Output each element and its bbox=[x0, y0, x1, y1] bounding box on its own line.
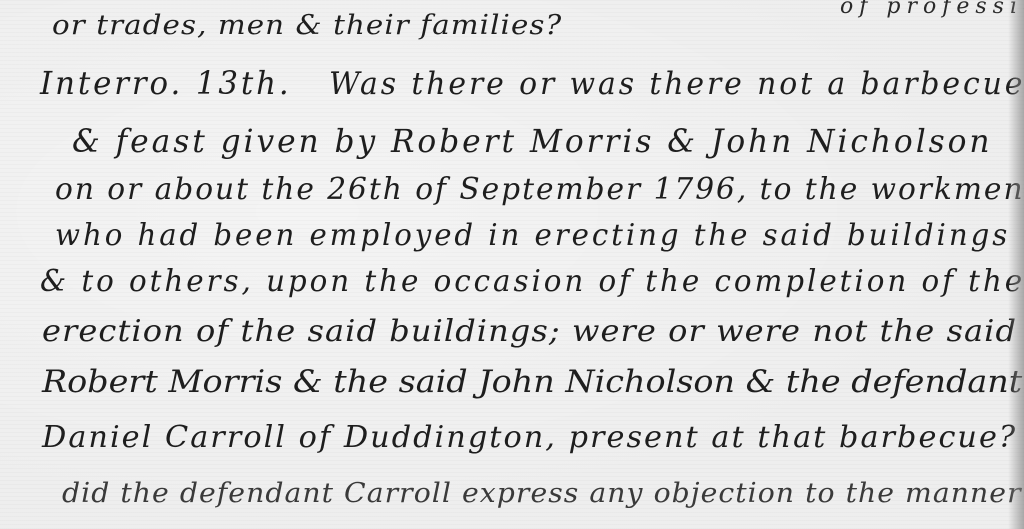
line-1: or trades, men & their families? bbox=[52, 10, 562, 41]
interrogatory-question-start: Was there or was there not a barbecue bbox=[329, 66, 1024, 102]
line-6: & to others, upon the occasion of the co… bbox=[40, 264, 1024, 299]
line-10: did the defendant Carroll express any ob… bbox=[62, 478, 1022, 509]
line-5: who had been employed in erecting the sa… bbox=[55, 218, 1010, 253]
manuscript-page: of professions or trades, men & their fa… bbox=[0, 0, 1024, 529]
line-9: Daniel Carroll of Duddington, present at… bbox=[42, 420, 1017, 455]
line-8: Robert Morris & the said John Nicholson … bbox=[42, 364, 1022, 400]
cut-off-line-fragment: of professions bbox=[840, 0, 1024, 19]
line-4: on or about the 26th of September 1796, … bbox=[55, 172, 1024, 207]
interrogatory-label: Interro. 13th. bbox=[40, 64, 292, 102]
line-7: erection of the said buildings; were or … bbox=[42, 314, 1017, 349]
line-3: & feast given by Robert Morris & John Ni… bbox=[72, 122, 992, 160]
page-edge-shadow bbox=[1008, 0, 1024, 529]
line-2-interrogatory-13: Interro. 13th. Was there or was there no… bbox=[40, 64, 1024, 102]
